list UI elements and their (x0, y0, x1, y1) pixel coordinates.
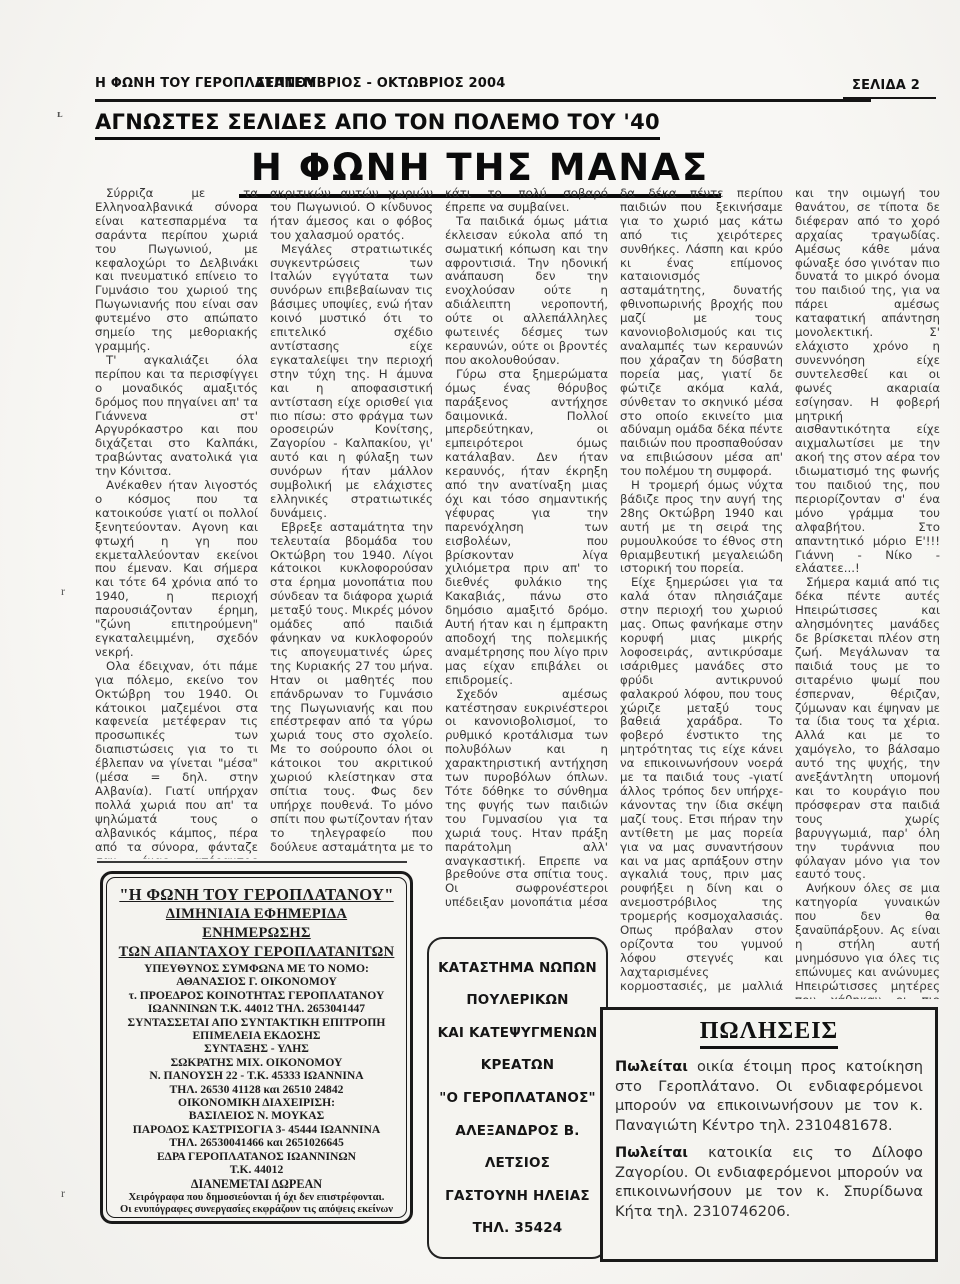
masthead-info-line: Οι ενυπόγραφες συνεργασίες εκφράζουν τις… (113, 1204, 400, 1218)
masthead-info-line: Χειρόγραφα που δημοσιεύονται ή όχι δεν ε… (113, 1192, 400, 1205)
article-paragraph: δα δέκα πέντε περίπου παιδιών που ξεκινή… (620, 187, 783, 479)
article-paragraph: Τ' αγκαλιάζει όλα περίπου και τα περισφί… (95, 354, 258, 479)
masthead-info-line: Τ.Κ. 44012 (113, 1163, 400, 1176)
masthead-info-line: ΕΝΗΜΕΡΩΣΗΣ (113, 924, 400, 943)
article-paragraph: Σήμερα καμιά από τις δέκα πέντε αυτές Ηπ… (795, 576, 940, 882)
article-column-5: και την οιμωγή του θανάτου, σε τίποτα δε… (795, 187, 940, 999)
article-column-1: Σύρριζα με τα Ελληνοαλβανικά σύνορα είνα… (95, 187, 258, 859)
article-column-4: δα δέκα πέντε περίπου παιδιών που ξεκινή… (620, 187, 783, 993)
scan-artifact: ʟ (57, 108, 63, 120)
sales-title: ΠΩΛΗΣΕΙΣ (700, 1018, 839, 1049)
column-divider-rule (97, 861, 407, 863)
masthead-info-line: ΙΩΑΝΝΙΝΩΝ Τ.Κ. 44012 ΤΗΛ. 2653041447 (113, 1002, 400, 1015)
article-paragraph: Εβρεξε ασταμάτητα την τελευταία βδομάδα … (270, 521, 433, 855)
masthead-info-line: "Η ΦΩΝΗ ΤΟΥ ΓΕΡΟΠΛΑΤΑΝΟΥ" (113, 884, 400, 905)
sales-ad: Πωλείται κατοικία εις το Δίλοφο Ζαγορίου… (615, 1143, 923, 1221)
article-paragraph: Ανέκαθεν ήταν λιγοστός ο κόσμος που τα κ… (95, 479, 258, 660)
store-ad-line: "Ο ΓΕΡΟΠΛΑΤΑΝΟΣ" (431, 1090, 604, 1106)
article-paragraph: Ολα έδειχναν, ότι πάμε για πόλεμο, εκείν… (95, 660, 258, 859)
masthead-info-line: Ν. ΠΑΝΟΥΣΗ 22 - Τ.Κ. 45333 ΙΩΑΝΝΙΝΑ (113, 1069, 400, 1082)
masthead-info-box: "Η ΦΩΝΗ ΤΟΥ ΓΕΡΟΠΛΑΤΑΝΟΥ"ΔΙΜΗΝΙΑΙΑ ΕΦΗΜΕ… (100, 871, 413, 1224)
article-paragraph: και την οιμωγή του θανάτου, σε τίποτα δε… (795, 187, 940, 576)
store-ad-line: ΠΟΥΛΕΡΙΚΩΝ (431, 992, 604, 1008)
store-ad-line: ΑΛΕΞΑΝΔΡΟΣ Β. (431, 1123, 604, 1139)
store-ad-line: ΚΑΙ ΚΑΤΕΨΥΓΜΕΝΩΝ (431, 1025, 604, 1041)
masthead-info-line: ΣΥΝΤΑΞΗΣ - ΥΛΗΣ (113, 1042, 400, 1055)
store-ad-line: ΚΡΕΑΤΩΝ (431, 1057, 604, 1073)
masthead-info-line: ΥΠΕΥΘΥΝΟΣ ΣΥΜΦΩΝΑ ΜΕ ΤΟ ΝΟΜΟ: (113, 962, 400, 975)
masthead-info-line: ΤΩΝ ΑΠΑΝΤΑΧΟΥ ΓΕΡΟΠΛΑΤΑΝΙΤΩΝ (113, 943, 400, 962)
article-paragraph: Ανήκουν όλες σε μια κατηγορία γυναικών π… (795, 882, 940, 999)
store-ad-line: ΤΗΛ. 35424 (431, 1220, 604, 1236)
masthead-info-line: ΕΔΡΑ ΓΕΡΟΠΛΑΤΑΝΟΣ ΙΩΑΝΝΙΝΩΝ (113, 1150, 400, 1163)
article-paragraph: Γύρω στα ξημερώματα όμως ένας θόρυβος πα… (445, 368, 608, 688)
scan-artifact: r (61, 584, 65, 599)
article-paragraph: Είχε ξημερώσει για τα καλά όταν πλησιάζα… (620, 576, 783, 993)
ad-lead-word: Πωλείται (615, 1144, 688, 1161)
article-kicker: ΑΓΝΩΣΤΕΣ ΣΕΛΙΔΕΣ ΑΠΟ ΤΟΝ ΠΟΛΕΜΟ ΤΟΥ '40 (95, 110, 660, 140)
masthead-info-line: ΤΗΛ. 26530 41128 και 26510 24842 (113, 1083, 400, 1096)
article-column-2: ακριτικών αυτών χωριών του Πωγωνιού. Ο κ… (270, 187, 433, 855)
sales-title-wrap: ΠΩΛΗΣΕΙΣ (615, 1018, 923, 1049)
article-paragraph: Τα παιδικά όμως μάτια έκλεισαν εύκολα απ… (445, 215, 608, 368)
article-paragraph: ακριτικών αυτών χωριών του Πωγωνιού. Ο κ… (270, 187, 433, 243)
masthead-info-line: ΣΥΝΤΑΣΣΕΤΑΙ ΑΠΟ ΣΥΝΤΑΚΤΙΚΗ ΕΠΙΤΡΟΠΗ (113, 1016, 400, 1029)
masthead-info-line: ΠΑΡΟΔΟΣ ΚΑΣΤΡΙΣΟΓΙΑ 3- 45444 ΙΩΑΝΝΙΝΑ (113, 1123, 400, 1136)
store-ad-line: ΛΕΤΣΙΟΣ (431, 1155, 604, 1171)
masthead-info-line: ΔΙΜΗΝΙΑΙΑ ΕΦΗΜΕΡΙΔΑ (113, 905, 400, 924)
sales-ads-box: ΠΩΛΗΣΕΙΣ Πωλείται οικία έτοιμη προς κατο… (600, 1007, 938, 1262)
page-number-label: ΣΕΛΙΔΑ 2 (852, 78, 920, 93)
article-paragraph: Σύρριζα με τα Ελληνοαλβανικά σύνορα είνα… (95, 187, 258, 354)
masthead-info-line: ΕΠΙΜΕΛΕΙΑ ΕΚΔΟΣΗΣ (113, 1029, 400, 1042)
masthead-info-line: ΑΘΑΝΑΣΙΟΣ Γ. ΟΙΚΟΝΟΜΟΥ (113, 975, 400, 988)
store-ad-line: ΓΑΣΤΟΥΝΗ ΗΛΕΙΑΣ (431, 1188, 604, 1204)
issue-date: ΣΕΠΤΕΜΒΡΙΟΣ - ΟΚΤΩΒΡΙΟΣ 2004 (256, 76, 506, 91)
page-label-underline (843, 97, 936, 99)
store-ad-box: ΚΑΤΑΣΤΗΜΑ ΝΩΠΩΝΠΟΥΛΕΡΙΚΩΝΚΑΙ ΚΑΤΕΨΥΓΜΕΝΩ… (427, 937, 608, 1259)
article-paragraph: Μεγάλες στρατιωτικές συγκεντρώσεις των Ι… (270, 243, 433, 521)
masthead-info-line: ΟΙΚΟΝΟΜΙΚΗ ΔΙΑΧΕΙΡΙΣΗ: (113, 1096, 400, 1109)
masthead-info-line: ΤΗΛ. 26530041466 και 2651026645 (113, 1136, 400, 1149)
masthead-info-content: "Η ΦΩΝΗ ΤΟΥ ΓΕΡΟΠΛΑΤΑΝΟΥ"ΔΙΜΗΝΙΑΙΑ ΕΦΗΜΕ… (106, 877, 407, 1218)
article-paragraph: Η τρομερή όμως νύχτα βάδιζε προς την αυγ… (620, 479, 783, 576)
masthead-info-line: ΣΩΚΡΑΤΗΣ ΜΙΧ. ΟΙΚΟΝΟΜΟΥ (113, 1056, 400, 1069)
store-ad-line: ΚΑΤΑΣΤΗΜΑ ΝΩΠΩΝ (431, 960, 604, 976)
newspaper-page: Η ΦΩΝΗ ΤΟΥ ΓΕΡΟΠΛΑΤΑΝΟΥ ΣΕΠΤΕΜΒΡΙΟΣ - ΟΚ… (0, 0, 960, 1284)
masthead-info-line: ΔΙΑΝΕΜΕΤΑΙ ΔΩΡΕΑΝ (113, 1177, 400, 1192)
ad-lead-word: Πωλείται (615, 1058, 688, 1075)
sales-ads-list: Πωλείται οικία έτοιμη προς κατοίκηση στο… (615, 1057, 923, 1221)
masthead-info-line: τ. ΠΡΟΕΔΡΟΣ ΚΟΙΝΟΤΗΤΑΣ ΓΕΡΟΠΛΑΤΑΝΟΥ (113, 989, 400, 1002)
header-rule (95, 99, 871, 102)
article-paragraph: κάτι το πολύ σοβαρό έπρεπε να συμβαίνει. (445, 187, 608, 215)
masthead-info-line: ΒΑΣΙΛΕΙΟΣ Ν. ΜΟΥΚΑΣ (113, 1109, 400, 1122)
scan-artifact: r (61, 1186, 65, 1201)
sales-ad: Πωλείται οικία έτοιμη προς κατοίκηση στο… (615, 1057, 923, 1135)
article-paragraph: Σχεδόν αμέσως κατέστησαν ευκρινέστεροι ο… (445, 688, 608, 909)
article-column-3: κάτι το πολύ σοβαρό έπρεπε να συμβαίνει.… (445, 187, 608, 909)
